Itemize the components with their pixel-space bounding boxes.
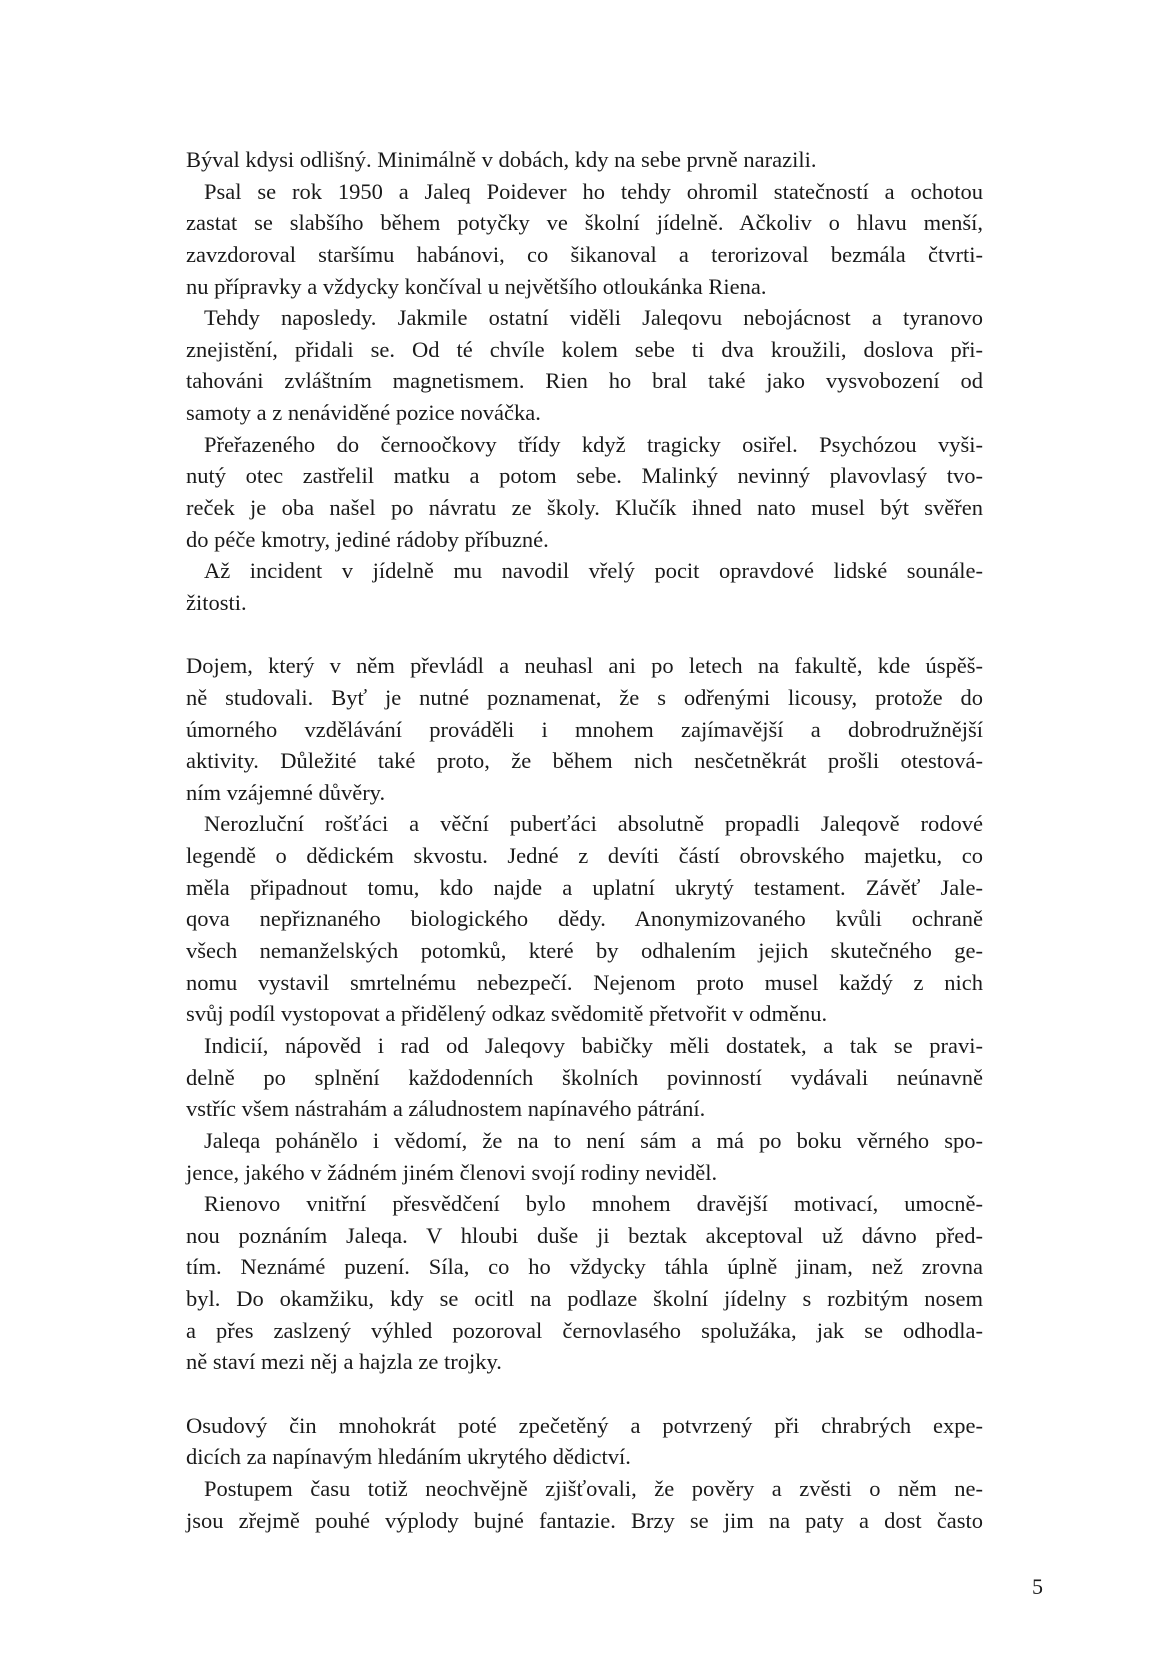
text-line: Psal se rok 1950 a Jaleq Poidever ho teh… bbox=[186, 176, 983, 208]
text-line: a přes zaslzený výhled pozoroval černovl… bbox=[186, 1315, 983, 1347]
text-line: Býval kdysi odlišný. Minimálně v dobách,… bbox=[186, 144, 983, 176]
text-line: tím. Neznámé puzení. Síla, co ho vždycky… bbox=[186, 1251, 983, 1283]
text-line: reček je oba našel po návratu ze školy. … bbox=[186, 492, 983, 524]
text-line: Osudový čin mnohokrát poté zpečetěný a p… bbox=[186, 1410, 983, 1442]
text-line: všech nemanželských potomků, které by od… bbox=[186, 935, 983, 967]
text-line: tahováni zvláštním magnetismem. Rien ho … bbox=[186, 365, 983, 397]
text-line: zastat se slabšího během potyčky ve škol… bbox=[186, 207, 983, 239]
paragraph-gap bbox=[186, 619, 983, 651]
text-line: dicích za napínavým hledáním ukrytého dě… bbox=[186, 1441, 983, 1473]
text-line: jence, jakého v žádném jiném členovi svo… bbox=[186, 1157, 983, 1189]
paragraph-gap bbox=[186, 1378, 983, 1410]
text-line: svůj podíl vystopovat a přidělený odkaz … bbox=[186, 998, 983, 1030]
document-page: Býval kdysi odlišný. Minimálně v dobách,… bbox=[0, 0, 1165, 1656]
text-line: nomu vystavil smrtelnému nebezpečí. Neje… bbox=[186, 967, 983, 999]
text-line: ně studovali. Byť je nutné poznamenat, ž… bbox=[186, 682, 983, 714]
body-text: Býval kdysi odlišný. Minimálně v dobách,… bbox=[186, 144, 983, 1536]
text-line: ně staví mezi něj a hajzla ze trojky. bbox=[186, 1346, 983, 1378]
text-line: delně po splnění každodenních školních p… bbox=[186, 1062, 983, 1094]
text-line: Postupem času totiž neochvějně zjišťoval… bbox=[186, 1473, 983, 1505]
text-line: Jaleqa pohánělo i vědomí, že na to není … bbox=[186, 1125, 983, 1157]
text-line: nou poznáním Jaleqa. V hloubi duše ji be… bbox=[186, 1220, 983, 1252]
text-line: qova nepřiznaného biologického dědy. Ano… bbox=[186, 903, 983, 935]
text-line: žitosti. bbox=[186, 587, 983, 619]
text-line: samoty a z nenáviděné pozice nováčka. bbox=[186, 397, 983, 429]
text-line: jsou zřejmě pouhé výplody bujné fantazie… bbox=[186, 1505, 983, 1537]
text-line: Přeřazeného do černoočkovy třídy když tr… bbox=[186, 429, 983, 461]
text-line: nu přípravky a vždycky končíval u největ… bbox=[186, 271, 983, 303]
text-line: Až incident v jídelně mu navodil vřelý p… bbox=[186, 555, 983, 587]
text-line: aktivity. Důležité také proto, že během … bbox=[186, 745, 983, 777]
text-line: Nerozluční rošťáci a věční puberťáci abs… bbox=[186, 808, 983, 840]
text-line: byl. Do okamžiku, kdy se ocitl na podlaz… bbox=[186, 1283, 983, 1315]
text-line: Indicií, nápověd i rad od Jaleqovy babič… bbox=[186, 1030, 983, 1062]
text-line: zavzdoroval staršímu habánovi, co šikano… bbox=[186, 239, 983, 271]
text-line: nutý otec zastřelil matku a potom sebe. … bbox=[186, 460, 983, 492]
text-line: úmorného vzdělávání prováděli i mnohem z… bbox=[186, 714, 983, 746]
text-line: do péče kmotry, jediné rádoby příbuzné. bbox=[186, 524, 983, 556]
text-line: Rienovo vnitřní přesvědčení bylo mnohem … bbox=[186, 1188, 983, 1220]
text-line: legendě o dědickém skvostu. Jedné z deví… bbox=[186, 840, 983, 872]
text-line: znejistění, přidali se. Od té chvíle kol… bbox=[186, 334, 983, 366]
text-line: ním vzájemné důvěry. bbox=[186, 777, 983, 809]
text-line: Dojem, který v něm převládl a neuhasl an… bbox=[186, 650, 983, 682]
text-line: vstříc všem nástrahám a záludnostem napí… bbox=[186, 1093, 983, 1125]
page-number: 5 bbox=[1032, 1574, 1043, 1600]
text-line: Tehdy naposledy. Jakmile ostatní viděli … bbox=[186, 302, 983, 334]
text-line: měla připadnout tomu, kdo najde a uplatn… bbox=[186, 872, 983, 904]
